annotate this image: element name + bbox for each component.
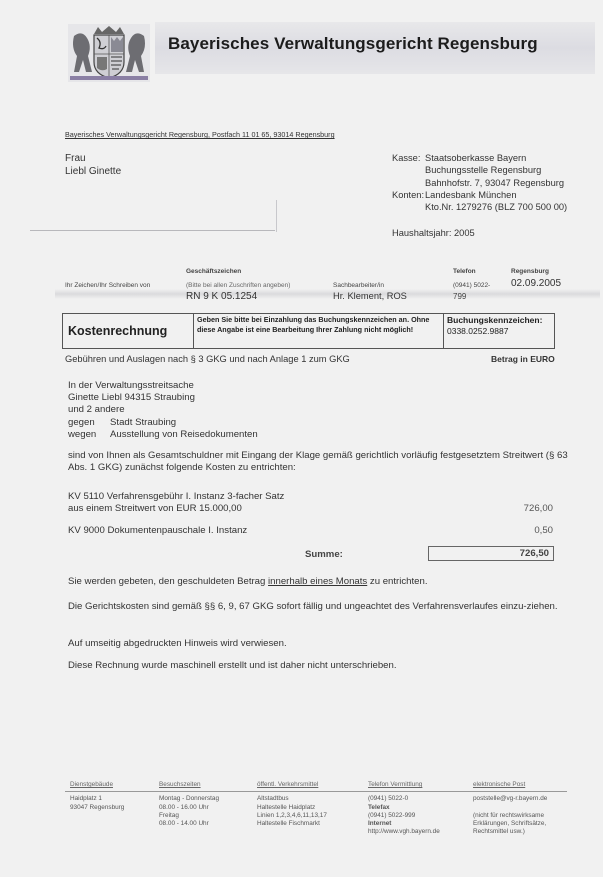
cost-item-amount: 726,00 [524, 503, 553, 515]
reference-band [55, 289, 600, 299]
footer-line: (0941) 5022-999 [368, 812, 440, 820]
hinweis-paragraph: Auf umseitig abgedruckten Hinweis wird v… [68, 638, 588, 650]
footer-line: 08.00 - 14.00 Uhr [159, 820, 219, 828]
footer-heading: öffentl. Verkehrsmittel [257, 781, 327, 789]
kostenrechnung-title: Kostenrechnung [63, 314, 194, 348]
telefon-line2: 799 [453, 292, 466, 301]
summe-label: Summe: [305, 549, 343, 560]
haushaltsjahr: Haushaltsjahr: 2005 [392, 228, 475, 238]
footer-line: Haltestelle Haidplatz [257, 804, 327, 812]
betrag-header: Betrag in EURO [491, 354, 555, 364]
telefon-label: Telefon [453, 268, 476, 275]
sachbearbeiter-value: Hr. Klement, ROS [333, 291, 407, 301]
cost-item-description: KV 5110 Verfahrensgebühr I. Instanz 3-fa… [68, 491, 284, 503]
bavarian-coat-of-arms-icon [68, 24, 150, 82]
gegen-label: gegen [68, 417, 110, 429]
window-fold-mark [30, 230, 275, 231]
footer-heading: Telefon Vermittlung [368, 781, 440, 789]
cost-item-description: KV 9000 Dokumentenpauschale I. Instanz [68, 525, 247, 537]
footer-email: elektronische Post poststelle@vg-r.bayer… [473, 781, 547, 836]
buchungskennzeichen-value: 0338.0252.9887 [447, 326, 551, 337]
footer-line: Haidplatz 1 [70, 795, 124, 803]
geschaeftszeichen-hint: (Bitte bei allen Zuschriften angeben) [186, 282, 290, 289]
footer-line: Linien 1,2,3,4,6,11,13,17 [257, 812, 327, 820]
konten-line: Landesbank München [425, 189, 517, 201]
footer-line: 93047 Regensburg [70, 804, 124, 812]
wegen-value: Ausstellung von Reisedokumenten [110, 429, 258, 441]
recipient-salutation: Frau [65, 152, 121, 165]
footer-dienstgebaeude: Dienstgebäude Haidplatz 1 93047 Regensbu… [70, 781, 124, 812]
geschaeftszeichen-value: RN 9 K 05.1254 [186, 291, 257, 302]
machine-generated-paragraph: Diese Rechnung wurde maschinell erstellt… [68, 660, 588, 672]
footer-heading: Besuchszeiten [159, 781, 219, 789]
ort-label: Regensburg [511, 268, 549, 275]
sachbearbeiter-label: Sachbearbeiter/in [333, 282, 384, 289]
deadline-emphasis: innerhalb eines Monats [268, 576, 367, 587]
telefon-line1: (0941) 5022- [453, 282, 490, 289]
wegen-label: wegen [68, 429, 110, 441]
ihr-zeichen-label: Ihr Zeichen/Ihr Schreiben von [65, 282, 150, 289]
court-name-heading: Bayerisches Verwaltungsgericht Regensbur… [168, 34, 538, 54]
footer-line: 08.00 - 16.00 Uhr [159, 804, 219, 812]
payment-reference-note: Geben Sie bitte bei Einzahlung das Buchu… [194, 314, 444, 348]
kasse-line: Buchungsstelle Regensburg [425, 164, 541, 176]
footer-label: Telefax [368, 804, 440, 812]
cost-item: KV 9000 Dokumentenpauschale I. Instanz 0… [68, 525, 553, 537]
footer-line: Altstadtbus [257, 795, 327, 803]
payment-info-block: Kasse:Staatsoberkasse Bayern Buchungsste… [392, 152, 567, 213]
gebuehren-basis: Gebühren und Auslagen nach § 3 GKG und n… [65, 354, 350, 364]
footer-heading: Dienstgebäude [70, 781, 124, 789]
buchungskennzeichen-cell: Buchungskennzeichen: 0338.0252.9887 [444, 314, 554, 348]
footer-line: (0941) 5022-0 [368, 795, 440, 803]
footer-line: Montag - Donnerstag [159, 795, 219, 803]
footer-line: Haltestelle Fischmarkt [257, 820, 327, 828]
case-line: In der Verwaltungsstreitsache [68, 380, 258, 392]
cost-item-description-2: aus einem Streitwert von EUR 15.000,00 [68, 503, 284, 515]
return-address: Bayerisches Verwaltungsgericht Regensbur… [65, 130, 335, 139]
footer-label: Internet [368, 820, 440, 828]
cost-intro-text: sind von Ihnen als Gesamtschuldner mit E… [68, 450, 588, 474]
footer-heading: elektronische Post [473, 781, 547, 789]
faelligkeit-paragraph: Die Gerichtskosten sind gemäß §§ 6, 9, 6… [68, 601, 568, 613]
footer-verkehrsmittel: öffentl. Verkehrsmittel Altstadtbus Halt… [257, 781, 327, 828]
cost-item-amount: 0,50 [534, 525, 553, 537]
kasse-line: Staatsoberkasse Bayern [425, 152, 526, 164]
kasse-line: Bahnhofstr. 7, 93047 Regensburg [425, 177, 564, 189]
cost-item: KV 5110 Verfahrensgebühr I. Instanz 3-fa… [68, 491, 553, 515]
payment-deadline-paragraph: Sie werden gebeten, den geschuldeten Bet… [68, 576, 588, 588]
buchungskennzeichen-label: Buchungskennzeichen: [447, 315, 551, 326]
footer-line: Freitag [159, 812, 219, 820]
recipient-block: Frau Liebl Ginette [65, 152, 121, 178]
summe-amount: 726,50 [428, 546, 554, 561]
kostenrechnung-box: Kostenrechnung Geben Sie bitte bei Einza… [62, 313, 555, 349]
footer-line: Rechtsmittel usw.) [473, 828, 547, 836]
footer-telefon: Telefon Vermittlung (0941) 5022-0 Telefa… [368, 781, 440, 837]
window-fold-mark-vertical [276, 200, 277, 232]
footer-line: Erklärungen, Schriftsätze, [473, 820, 547, 828]
paragraph-text: Sie werden gebeten, den geschuldeten Bet… [68, 576, 268, 587]
paragraph-text: zu entrichten. [367, 576, 427, 587]
case-block: In der Verwaltungsstreitsache Ginette Li… [68, 380, 258, 441]
case-line: Ginette Liebl 94315 Straubing [68, 392, 258, 404]
geschaeftszeichen-label: Geschäftszeichen [186, 268, 241, 275]
letter-date: 02.09.2005 [511, 278, 561, 289]
konten-label: Konten: [392, 189, 425, 201]
konten-line: Kto.Nr. 1279276 (BLZ 700 500 00) [425, 201, 567, 213]
footer-line: (nicht für rechtswirksame [473, 812, 547, 820]
email-link[interactable]: poststelle@vg-r.bayern.de [473, 795, 547, 803]
case-line: und 2 andere [68, 404, 258, 416]
recipient-name: Liebl Ginette [65, 165, 121, 178]
website-link[interactable]: http://www.vgh.bayern.de [368, 828, 440, 836]
gegen-value: Stadt Straubing [110, 417, 176, 429]
footer-besuchszeiten: Besuchszeiten Montag - Donnerstag 08.00 … [159, 781, 219, 828]
kasse-label: Kasse: [392, 152, 425, 164]
